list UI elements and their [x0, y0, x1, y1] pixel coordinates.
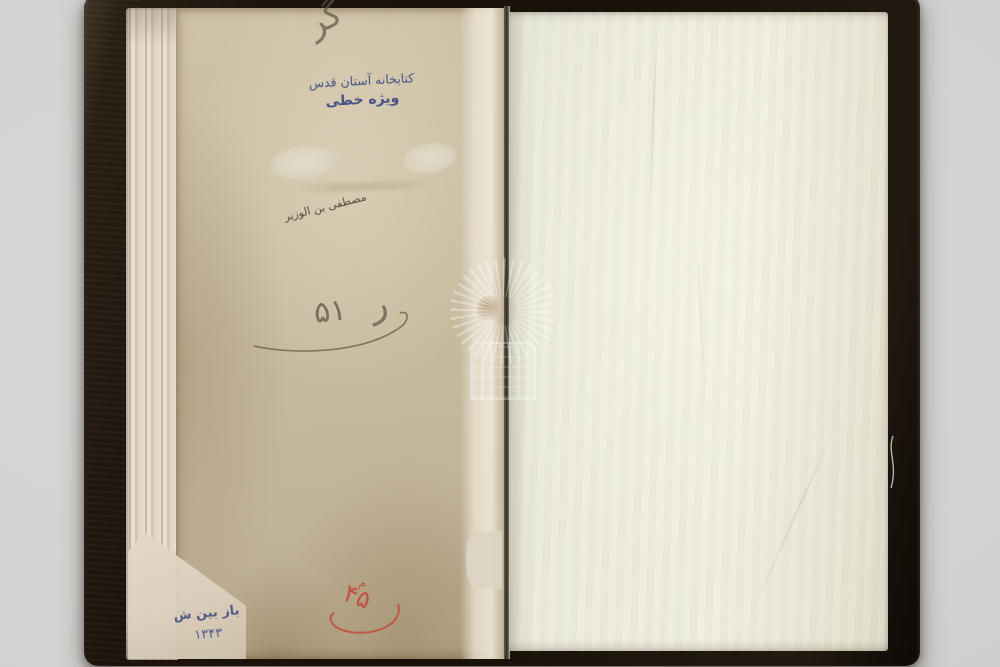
right-page — [509, 12, 888, 651]
loose-thread — [884, 434, 902, 490]
gutter-paper-patch — [466, 531, 502, 589]
red-mark-flourish — [320, 596, 410, 644]
photo-open-manuscript: گر کتابخانه آستان قدس ویژه خطی مصطفی بن … — [0, 0, 1000, 667]
library-ownership-stamp: کتابخانه آستان قدس ویژه خطی — [285, 68, 439, 114]
folio-underline-flourish — [250, 300, 435, 362]
